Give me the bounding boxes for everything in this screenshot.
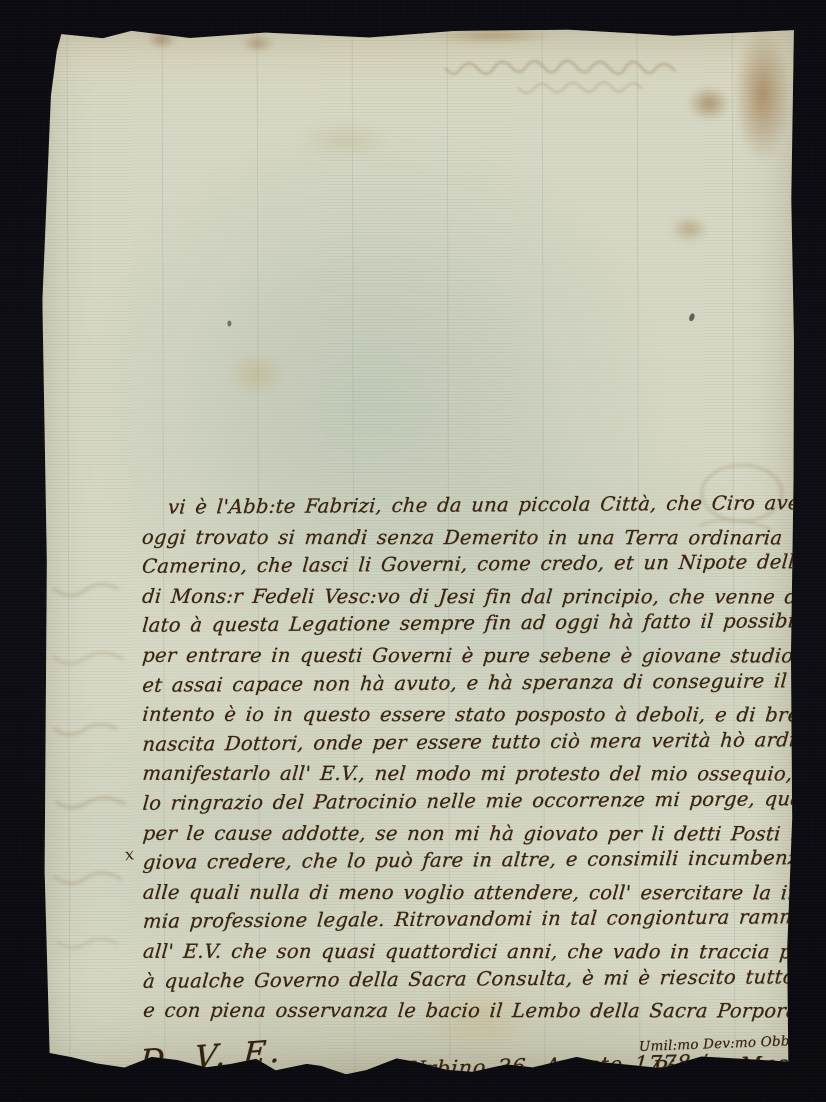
- ink-bleedthrough: [418, 41, 682, 107]
- manuscript-line: e con piena osservanza le bacio il Lembo…: [142, 996, 820, 1026]
- foxing-stain: [297, 120, 393, 160]
- foxing-stain: [687, 85, 731, 121]
- manuscript-line: giova credere, che lo può fare in altre,…: [142, 843, 821, 877]
- foxing-stain: [734, 27, 792, 162]
- manuscript-line: à qualche Governo della Sacra Consulta, …: [142, 961, 821, 995]
- foxing-stain: [669, 215, 709, 243]
- manuscript-paper: vi è l'Abb:te Fabrizi, che da una piccol…: [39, 27, 798, 1075]
- manuscript-line: nascita Dottori, onde per essere tutto c…: [141, 725, 820, 759]
- foxing-stain: [147, 31, 177, 49]
- letter-body: vi è l'Abb:te Fabrizi, che da una piccol…: [142, 491, 819, 1025]
- manuscript-line: Camerino, che lasci li Governi, come cre…: [141, 547, 820, 581]
- manuscript-line: lo ringrazio del Patrocinio nelle mie oc…: [141, 784, 820, 818]
- manuscript-line: et assai capace non hà avuto, e hà spera…: [141, 666, 820, 700]
- manuscript-line: lato à questa Legatione sempre fin ad og…: [141, 606, 820, 640]
- signature: Pietro Maschi: [639, 1049, 826, 1080]
- signature-block: Umil:mo Dev:mo Obblig:mo Ser:re Pietro M…: [639, 1031, 826, 1080]
- ink-bleedthrough: [48, 569, 133, 969]
- manuscript-line: vi è l'Abb:te Fabrizi, che da una piccol…: [141, 488, 820, 522]
- photo-background: vi è l'Abb:te Fabrizi, che da una piccol…: [0, 0, 826, 1102]
- foxing-stain: [224, 350, 288, 398]
- manuscript-line: mia professione legale. Ritrovandomi in …: [142, 902, 821, 936]
- ink-speck: [227, 320, 231, 326]
- foxing-stain: [241, 34, 275, 52]
